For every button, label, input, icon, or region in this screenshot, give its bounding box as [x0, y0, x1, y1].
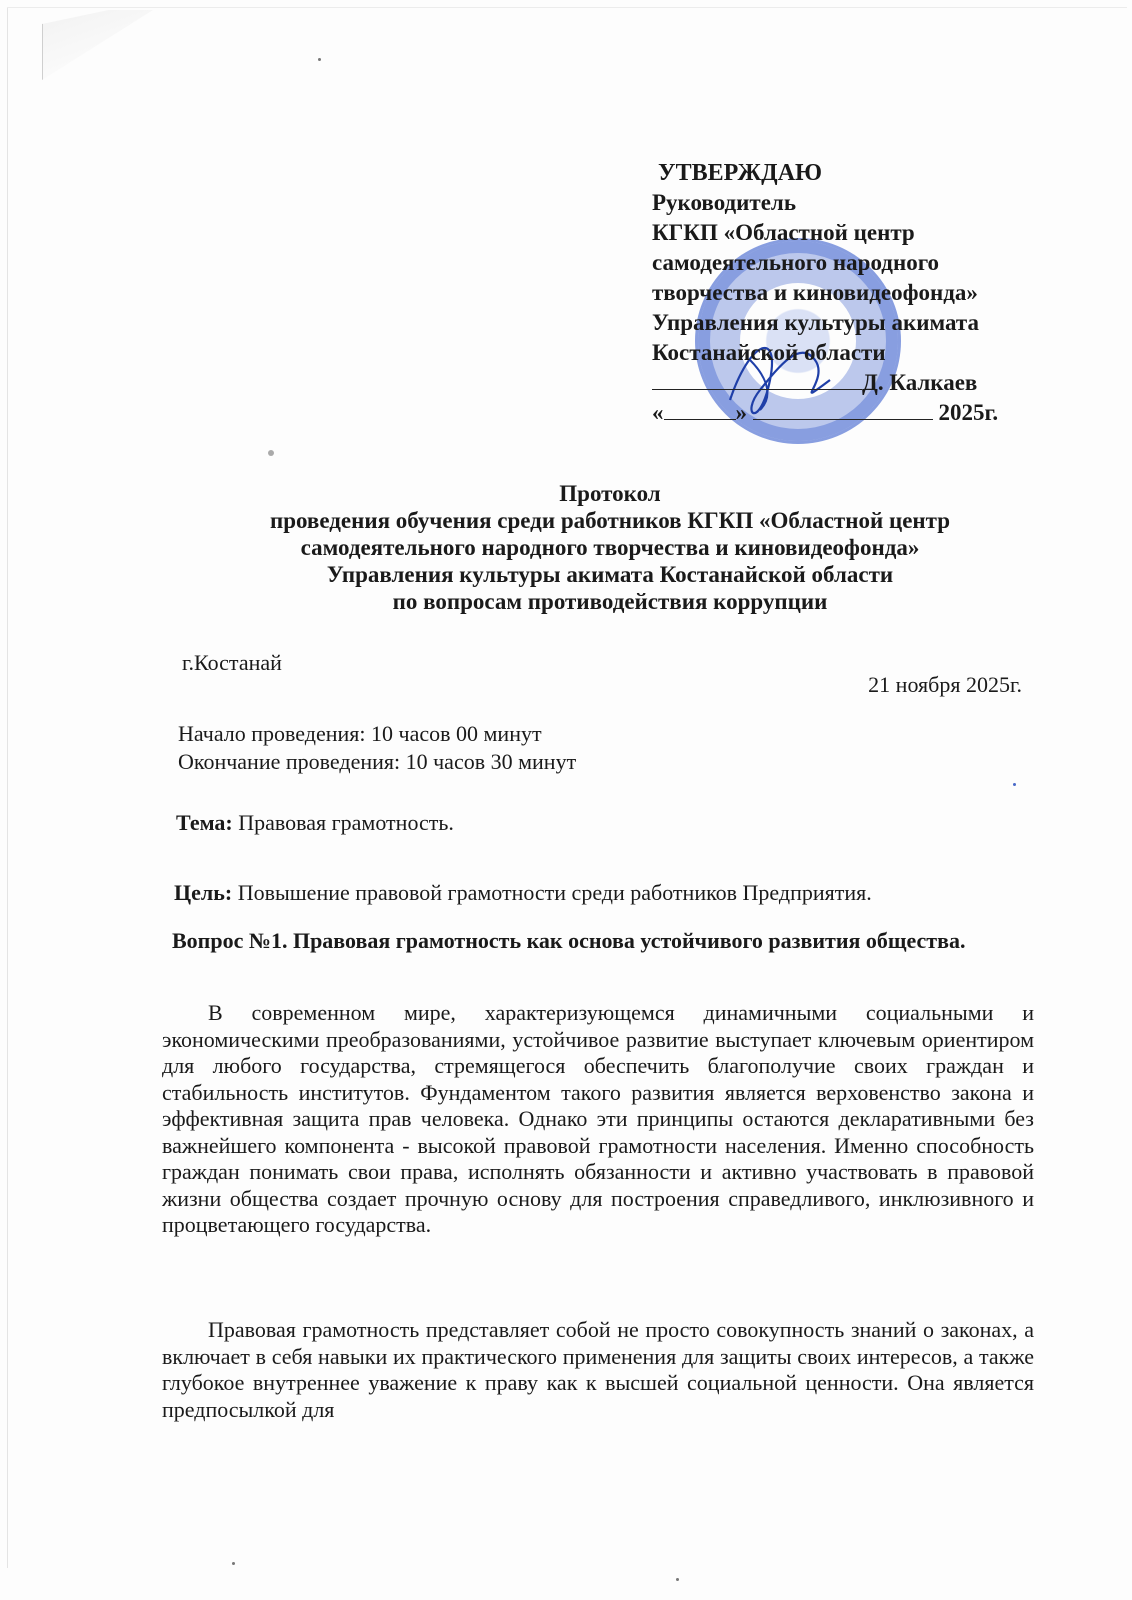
goal-value: Повышение правовой грамотности среди раб…	[232, 880, 872, 905]
approval-date: «» 2025г.	[652, 398, 998, 428]
scan-speck	[1013, 783, 1016, 786]
end-time: Окончание проведения: 10 часов 30 минут	[178, 748, 576, 776]
title-line: самодеятельного народного творчества и к…	[160, 534, 1060, 561]
city: г.Костанай	[182, 650, 282, 676]
title-line: Протокол	[160, 480, 1060, 507]
scan-speck	[268, 450, 274, 456]
paragraph-text: В современном мире, характеризующемся ди…	[162, 1000, 1034, 1239]
scanned-document-page: УТВЕРЖДАЮ Руководитель КГКП «Областной ц…	[0, 0, 1132, 1600]
scan-speck	[232, 1562, 235, 1565]
title-line: Управления культуры акимата Костанайской…	[160, 561, 1060, 588]
scan-edge	[7, 7, 1127, 8]
topic-label: Тема:	[176, 810, 233, 835]
document-date: 21 ноября 2025г.	[868, 672, 1022, 698]
approval-line: творчества и киновидеофонда»	[652, 278, 998, 308]
title-line: проведения обучения среди работников КГК…	[160, 507, 1060, 534]
scan-speck	[676, 1578, 679, 1581]
approval-line: Руководитель	[652, 188, 998, 218]
folded-corner	[42, 10, 153, 80]
goal-label: Цель:	[174, 880, 232, 905]
paragraph: Правовая грамотность представляет собой …	[162, 1317, 1034, 1423]
session-times: Начало проведения: 10 часов 00 минут Око…	[178, 720, 576, 776]
document-title: Протокол проведения обучения среди работ…	[160, 480, 1060, 615]
scan-speck	[318, 58, 321, 61]
signatory-name: Д. Калкаев	[862, 370, 977, 395]
start-time: Начало проведения: 10 часов 00 минут	[178, 720, 576, 748]
topic: Тема: Правовая грамотность.	[176, 810, 454, 836]
approval-year: 2025г.	[939, 400, 999, 425]
title-line: по вопросам противодействия коррупции	[160, 588, 1060, 615]
question-heading: Вопрос №1. Правовая грамотность как осно…	[172, 928, 1032, 954]
signature-line: Д. Калкаев	[652, 368, 998, 398]
topic-value: Правовая грамотность.	[233, 810, 454, 835]
approval-line: самодеятельного народного	[652, 248, 998, 278]
approval-line: Управления культуры акимата	[652, 308, 998, 338]
approval-line: КГКП «Областной центр	[652, 218, 998, 248]
goal: Цель: Повышение правовой грамотности сре…	[174, 880, 872, 906]
paragraph: В современном мире, характеризующемся ди…	[162, 1000, 1034, 1239]
approval-heading: УТВЕРЖДАЮ	[652, 158, 998, 188]
approval-line: Костанайской области	[652, 338, 998, 368]
approval-block: УТВЕРЖДАЮ Руководитель КГКП «Областной ц…	[652, 158, 998, 428]
scan-edge	[7, 8, 8, 1568]
paragraph-text: Правовая грамотность представляет собой …	[162, 1317, 1034, 1423]
